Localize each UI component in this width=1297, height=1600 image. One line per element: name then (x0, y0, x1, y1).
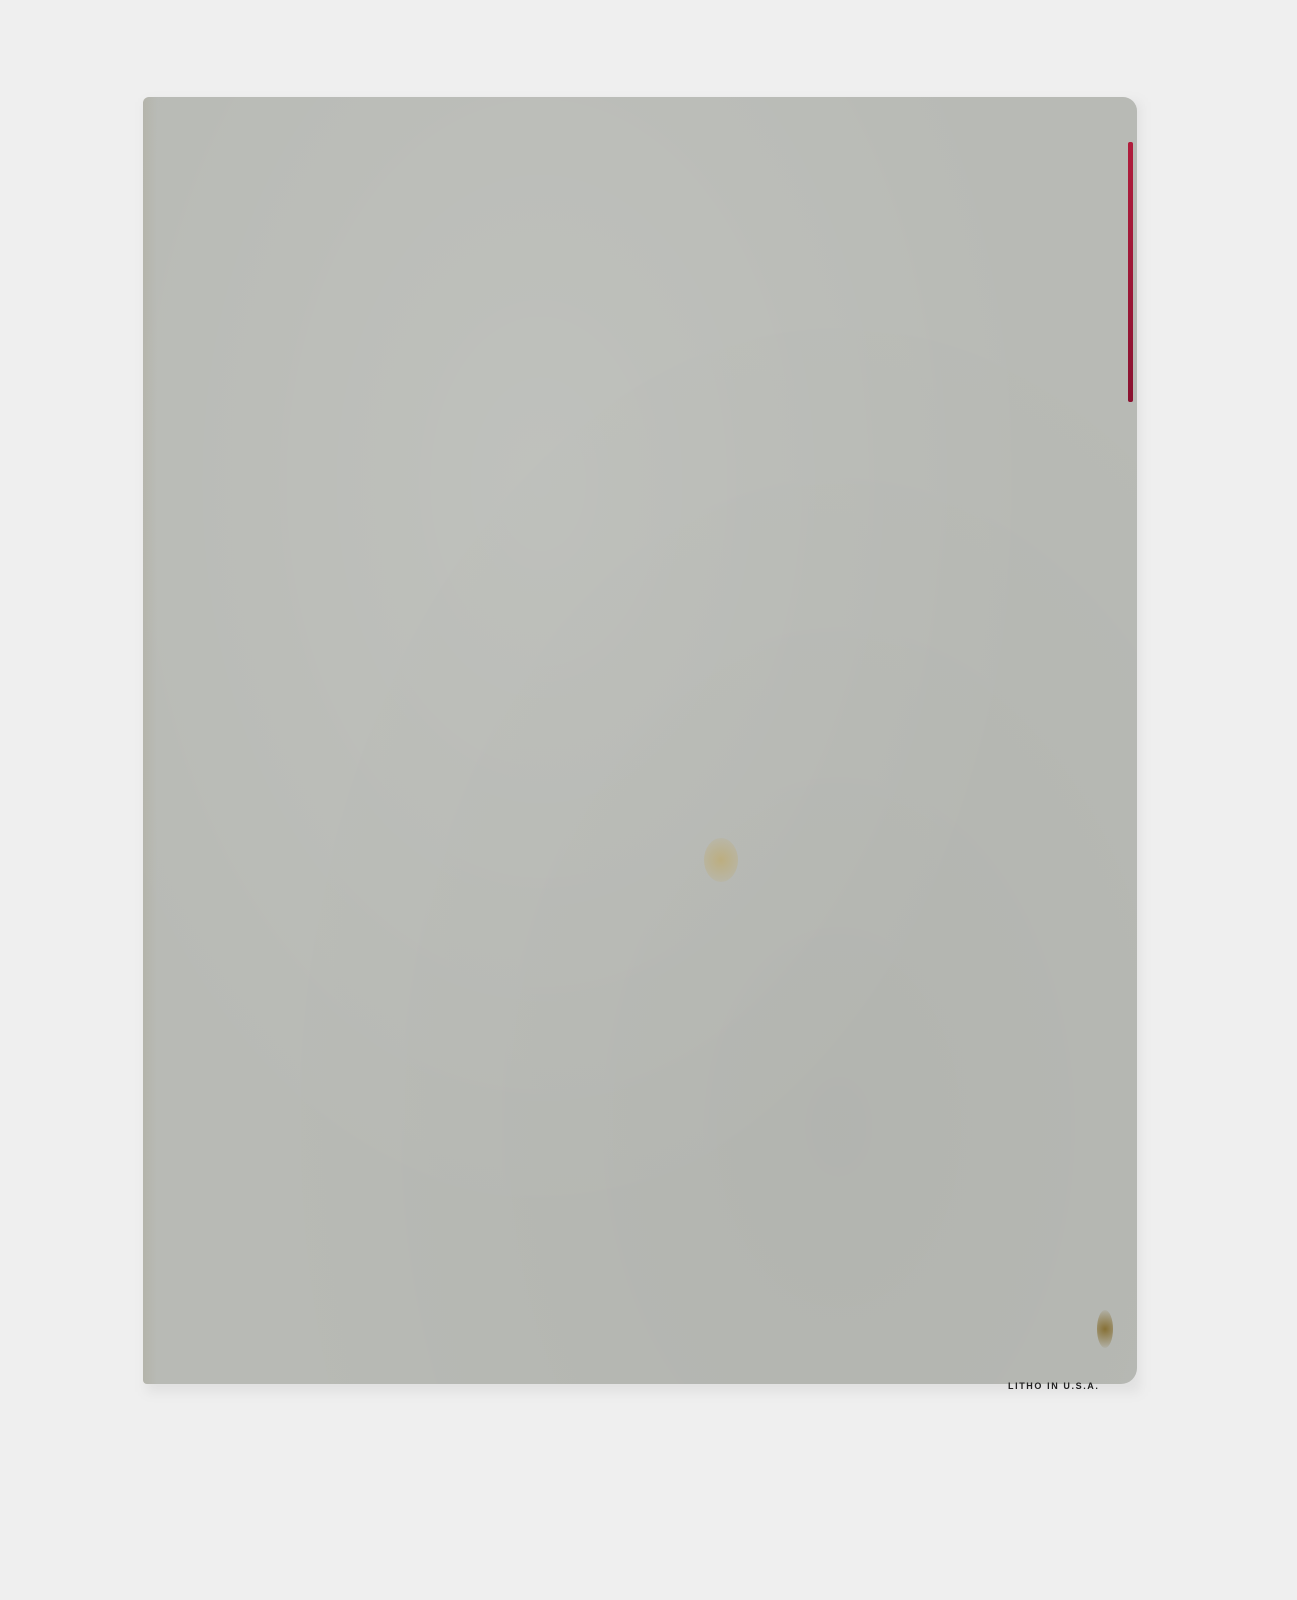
booklet-back-cover (143, 97, 1137, 1384)
edge-stain (1097, 1310, 1113, 1348)
printer-imprint: LITHO IN U.S.A. (1008, 1381, 1100, 1391)
red-spine-edge (1128, 142, 1133, 402)
center-stain (704, 838, 738, 882)
